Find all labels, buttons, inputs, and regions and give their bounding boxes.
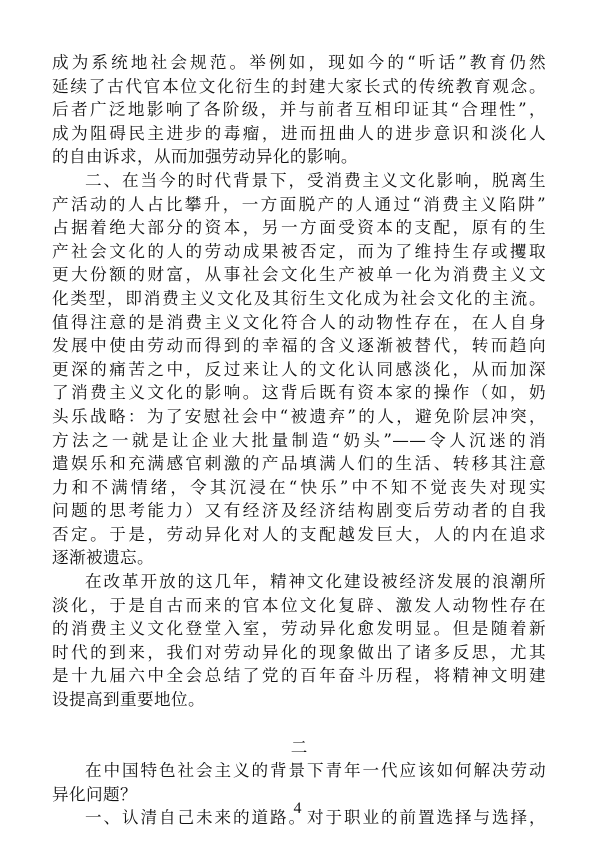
text-line: 成为阻碍民主进步的毒瘤，进而扭曲人的进步意识和淡化人 xyxy=(52,122,546,146)
text-line: 头乐战略：为了安慰社会中“被遗弃”的人，避免阶层冲突， xyxy=(52,405,546,429)
text-line: 方法之一就是让企业大批量制造“奶头”——令人沉迷的消 xyxy=(52,429,546,453)
text-line: 延续了古代官本位文化衍生的封建大家长式的传统教育观念。 xyxy=(52,75,546,99)
text-line: 发展中使由劳动而得到的幸福的含义逐渐被替代，转而趋向 xyxy=(52,334,546,358)
text-line: 了消费主义文化的影响。这背后既有资本家的操作（如，奶 xyxy=(52,381,546,405)
text-line: 产活动的人占比攀升，一方面脱产的人通过“消费主义陷阱” xyxy=(52,193,546,217)
text-line: 占据着绝大部分的资本，另一方面受资本的支配，原有的生 xyxy=(52,216,546,240)
section-text: 在中国特色社会主义的背景下青年一代应该如何解决劳动异化问题？一、认清自己未来的道… xyxy=(52,759,546,830)
text-line: 在中国特色社会主义的背景下青年一代应该如何解决劳动 xyxy=(52,759,546,783)
text-line: 化类型，即消费主义文化及其衍生文化成为社会文化的主流。 xyxy=(52,287,546,311)
text-line: 的消费主义文化登堂入室，劳动异化愈发明显。但是随着新 xyxy=(52,617,546,641)
text-line: 在改革开放的这几年，精神文化建设被经济发展的浪潮所 xyxy=(52,570,546,594)
text-line: 的自由诉求，从而加强劳动异化的影响。 xyxy=(52,145,546,169)
document-page: 成为系统地社会规范。举例如，现如今的“听话”教育仍然延续了古代官本位文化衍生的封… xyxy=(52,51,546,830)
text-line: 成为系统地社会规范。举例如，现如今的“听话”教育仍然 xyxy=(52,51,546,75)
text-line: 产社会文化的人的劳动成果被否定，而为了维持生存或攫取 xyxy=(52,240,546,264)
text-line: 后者广泛地影响了各阶级，并与前者互相印证其“合理性”， xyxy=(52,98,546,122)
text-line: 时代的到来，我们对劳动异化的现象做出了诸多反思，尤其 xyxy=(52,641,546,665)
text-line: 更大份额的财富，从事社会文化生产被单一化为消费主义文 xyxy=(52,263,546,287)
text-line: 否定。于是，劳动异化对人的支配越发巨大，人的内在追求 xyxy=(52,523,546,547)
text-line: 更深的痛苦之中，反过来让人的文化认同感淡化，从而加深 xyxy=(52,358,546,382)
section-heading: 二 xyxy=(52,736,546,760)
text-line: 逐渐被遗忘。 xyxy=(52,546,546,570)
text-line: 是十九届六中全会总结了党的百年奋斗历程，将精神文明建 xyxy=(52,664,546,688)
text-line: 设提高到重要地位。 xyxy=(52,688,546,712)
text-line: 力和不满情绪，令其沉浸在“快乐”中不知不觉丧失对现实 xyxy=(52,476,546,500)
text-line: 值得注意的是消费主义文化符合人的动物性存在，在人自身 xyxy=(52,311,546,335)
page-number: 4 xyxy=(0,800,595,818)
spacer xyxy=(52,712,546,736)
text-line: 问题的思考能力）又有经济及经济结构剧变后劳动者的自我 xyxy=(52,499,546,523)
text-line: 淡化，于是自古而来的官本位文化复辟、激发人动物性存在 xyxy=(52,594,546,618)
text-line: 遣娱乐和充满感官刺激的产品填满人们的生活、转移其注意 xyxy=(52,452,546,476)
text-line: 二、在当今的时代背景下，受消费主义文化影响，脱离生 xyxy=(52,169,546,193)
body-text: 成为系统地社会规范。举例如，现如今的“听话”教育仍然延续了古代官本位文化衍生的封… xyxy=(52,51,546,712)
